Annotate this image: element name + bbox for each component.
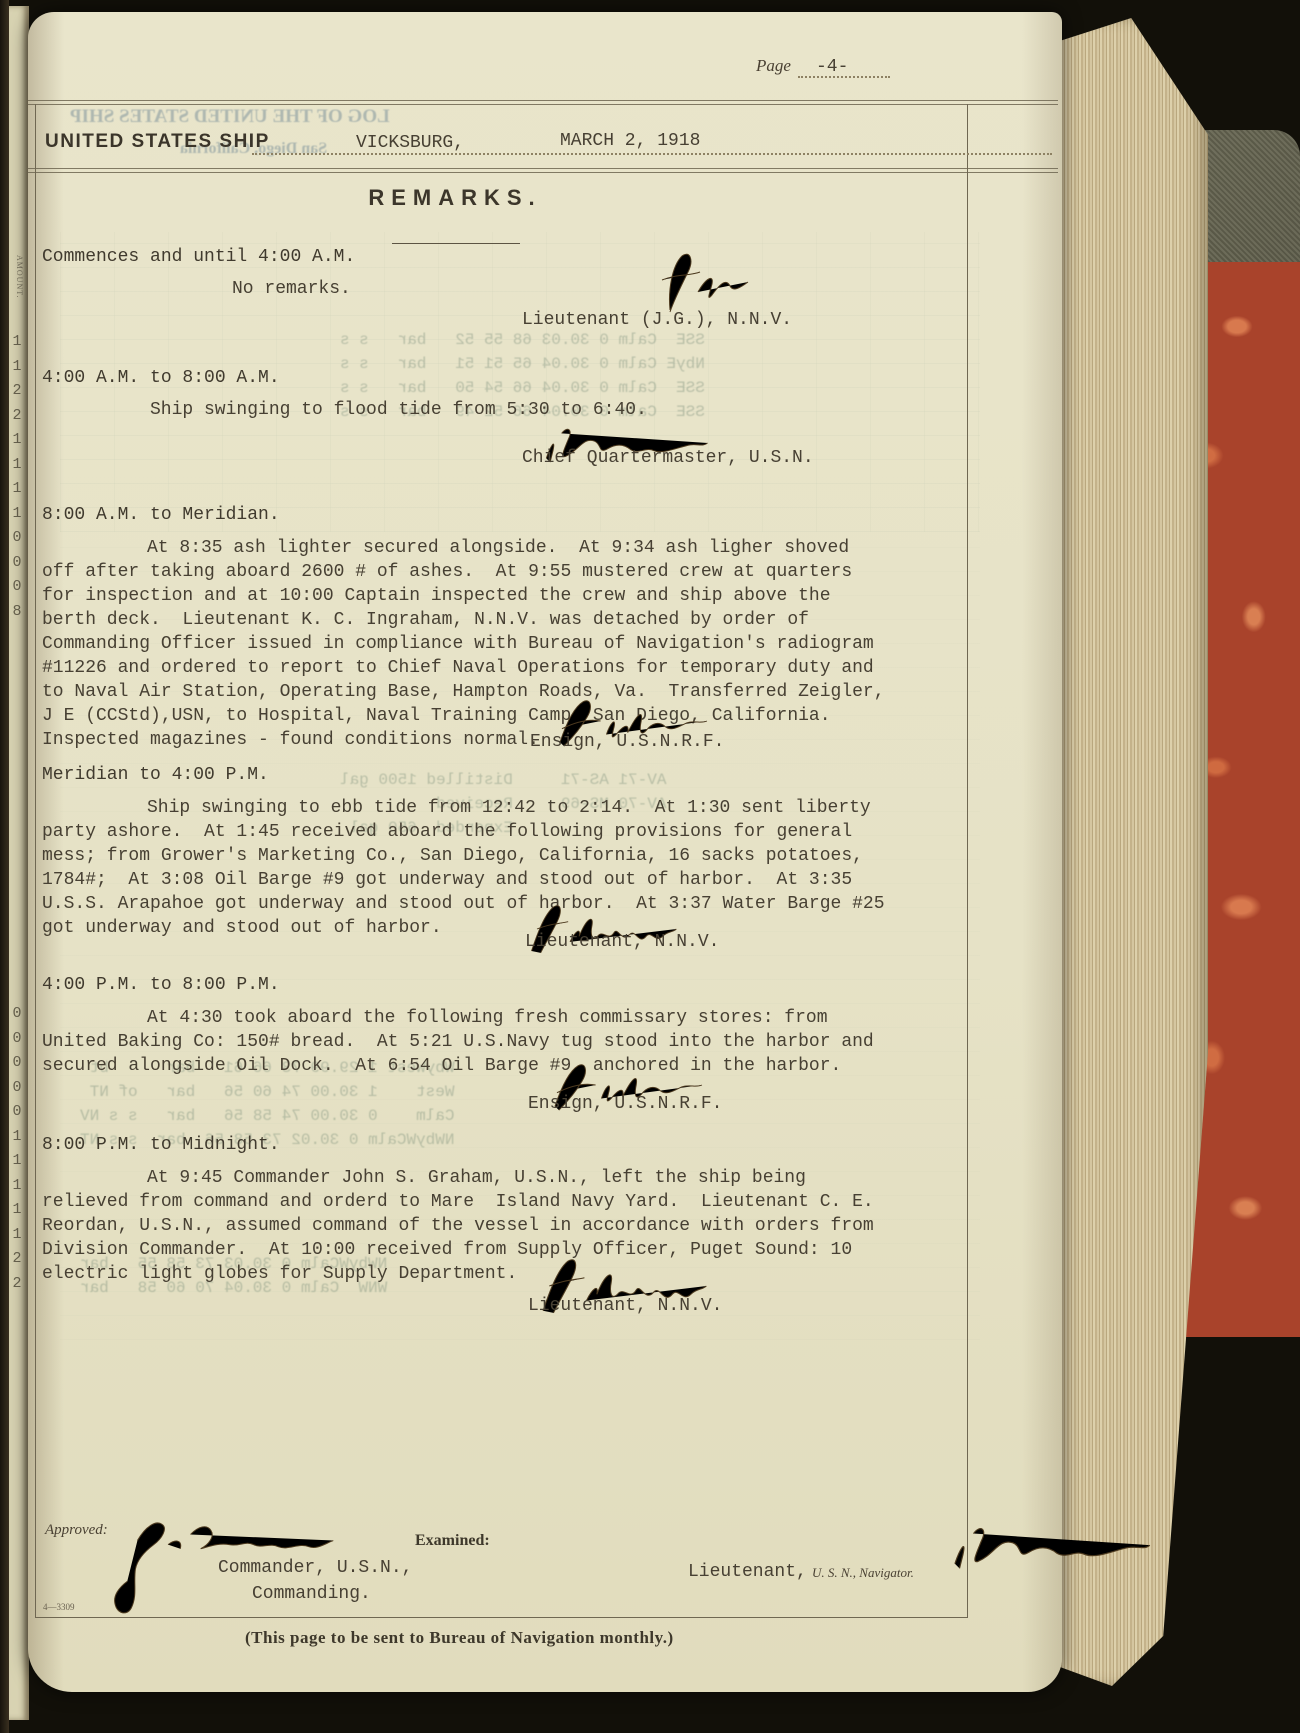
book-page-edges <box>1048 18 1208 1686</box>
ship-name: VICKSBURG, <box>356 131 464 155</box>
remarks-title: REMARKS. <box>280 185 630 211</box>
entry-body-meridian-1600: Ship swinging to ebb tide from 12:42 to … <box>42 796 887 940</box>
signer-title-4: Ensign, U.S.N.R.F. <box>528 1092 722 1116</box>
entry-body-2000-midnight: At 9:45 Commander John S. Graham, U.S.N.… <box>42 1166 887 1286</box>
signer-title-3: Lieutenant, N.N.V. <box>525 930 719 954</box>
page-label: Page <box>756 56 791 76</box>
commander-title-line2: Commanding. <box>252 1582 371 1606</box>
signature-navigator-faint <box>940 1515 1160 1573</box>
entry-heading-0000-0400: Commences and until 4:00 A.M. <box>42 245 355 269</box>
navigator-typed-title: Lieutenant, <box>688 1560 807 1584</box>
form-header-rule <box>28 168 1058 173</box>
entry-body-1600-2000: At 4:30 took aboard the following fresh … <box>42 1006 887 1078</box>
margin-amount-label: AMOUNT. <box>15 255 24 299</box>
examined-label: Examined: <box>415 1532 490 1550</box>
entry-body-0800-meridian: At 8:35 ash lighter secured alongside. A… <box>42 536 887 752</box>
signer-title-1: Chief Quartermaster, U.S.N. <box>522 446 814 470</box>
bottom-note: (This page to be sent to Bureau of Navig… <box>245 1628 674 1648</box>
margin-numbers-upper: 1 1 2 2 1 1 1 1 0 0 0 8 <box>8 330 26 624</box>
commander-title-line1: Commander, U.S.N., <box>218 1556 412 1580</box>
signer-title-0: Lieutenant (J.G.), N.N.V. <box>522 308 792 332</box>
signer-title-5: Lieutenant, N.N.V. <box>528 1294 722 1318</box>
entry-body-0000-0400: No remarks. <box>232 277 351 301</box>
entry-heading-meridian-1600: Meridian to 4:00 P.M. <box>42 763 269 787</box>
remarks-underline <box>392 243 520 244</box>
log-date: MARCH 2, 1918 <box>560 129 700 153</box>
entry-heading-2000-midnight: 8:00 P.M. to Midnight. <box>42 1133 280 1157</box>
entry-heading-1600-2000: 4:00 P.M. to 8:00 P.M. <box>42 973 280 997</box>
page-number: -4- <box>816 55 848 79</box>
entry-heading-0800-meridian: 8:00 A.M. to Meridian. <box>42 503 280 527</box>
signer-title-2: Ensign, U.S.N.R.F. <box>530 730 724 754</box>
entry-heading-0400-0800: 4:00 A.M. to 8:00 A.M. <box>42 366 280 390</box>
form-number: 4—3309 <box>43 1602 75 1612</box>
book-binding-gutter <box>0 0 9 1733</box>
ship-label: UNITED STATES SHIP <box>45 131 270 153</box>
navigator-printed-title: U. S. N., Navigator. <box>812 1565 914 1581</box>
margin-numbers-lower: 0 0 0 0 0 1 1 1 1 1 2 2 <box>8 1002 26 1296</box>
